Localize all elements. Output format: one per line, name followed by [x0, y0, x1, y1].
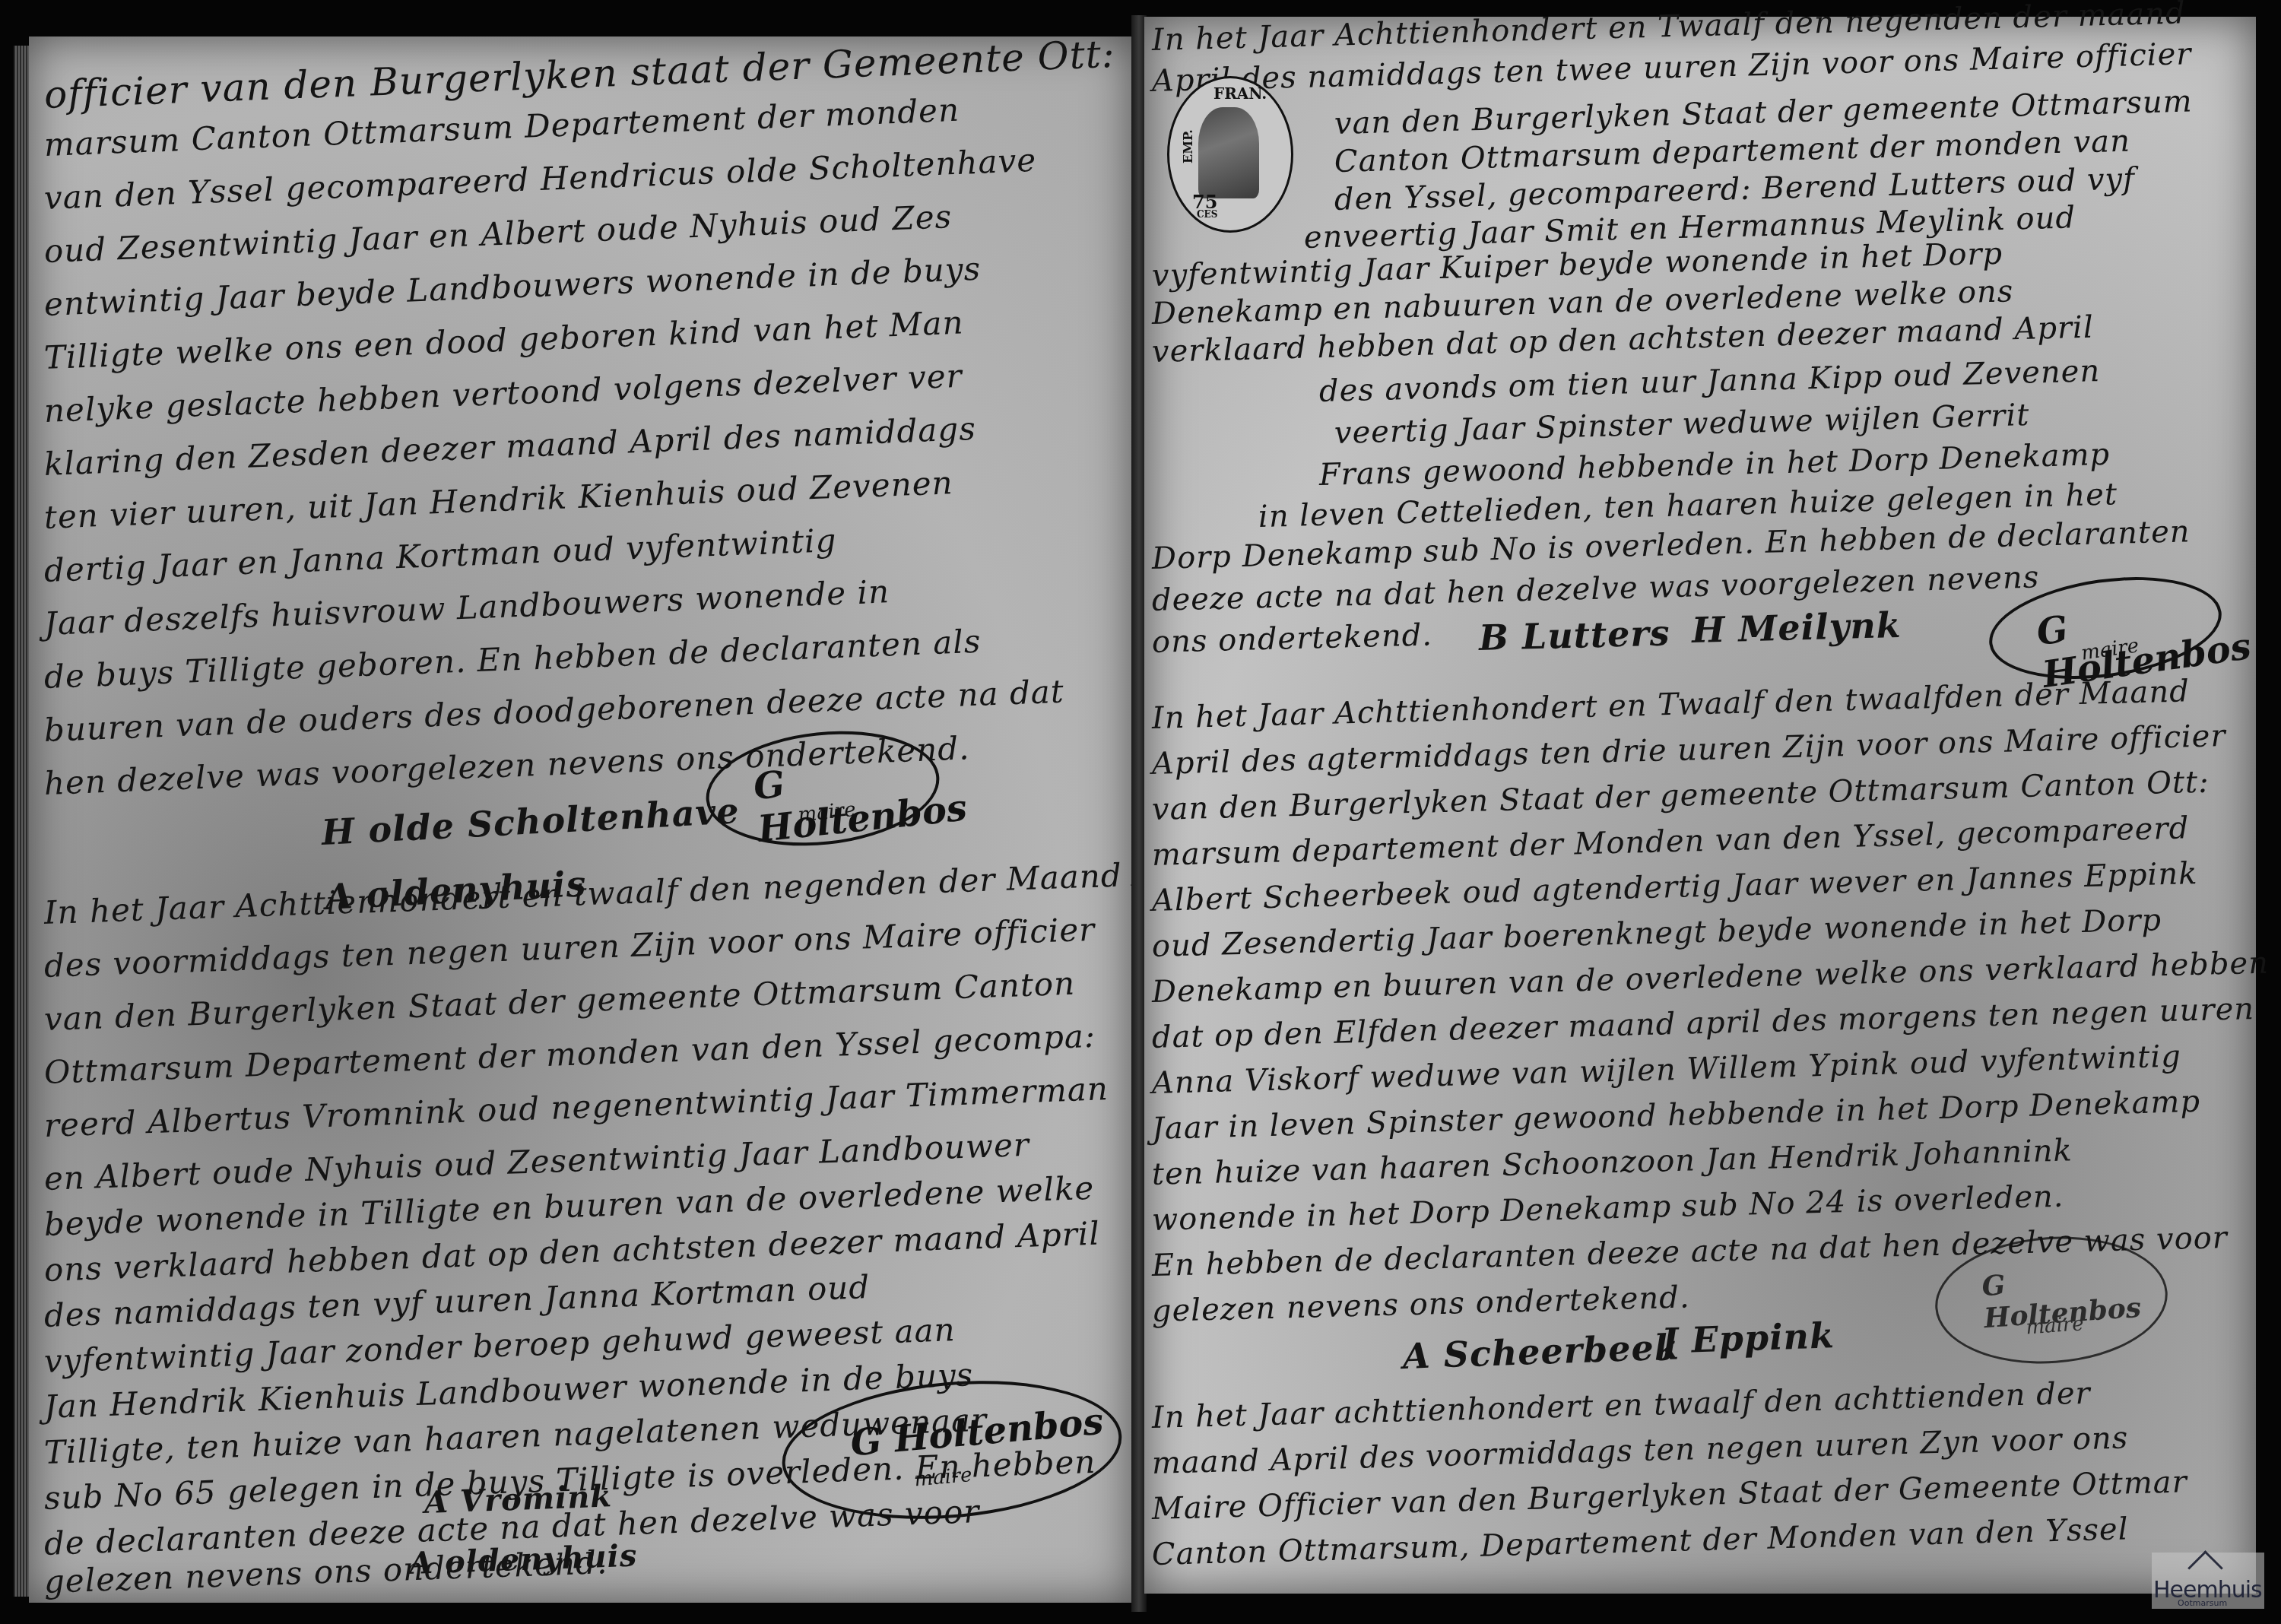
- watermark-location: Ootmarsum: [2178, 1598, 2227, 1608]
- seal-title: maire: [913, 1464, 973, 1492]
- right-page: In het Jaar Achttienhondert en Twaalf de…: [1144, 17, 2256, 1594]
- seal-title: maire: [2025, 1312, 2084, 1339]
- signature-witness-1: H olde Scholtenhave: [321, 790, 741, 853]
- signature-witness-2: J Eppink: [1661, 1315, 1835, 1362]
- stamp-side-text: EMP.: [1181, 129, 1195, 163]
- stamp-top-text: FRAN.: [1213, 84, 1267, 103]
- signature-witness-2: H Meilynk: [1691, 604, 1902, 651]
- french-empire-tax-stamp: FRAN. EMP. 75 CES: [1167, 76, 1293, 233]
- signature-witness-1: A Scheerbeek: [1402, 1326, 1680, 1377]
- heemhuis-watermark: Heemhuis Ootmarsum: [2152, 1553, 2264, 1609]
- seal-name: G Holtenbos: [751, 744, 969, 851]
- book-page-edges: [14, 46, 29, 1597]
- left-page: officier van den Burgerlyken staat der G…: [29, 36, 1133, 1603]
- handwritten-line: ons ondertekend.: [1151, 617, 1432, 660]
- seated-figure-icon: [1198, 107, 1259, 198]
- signature-witness-1: B Lutters: [1478, 612, 1670, 658]
- stamp-unit: CES: [1197, 209, 1217, 220]
- handwritten-line: gelezen nevens ons ondertekend.: [1151, 1280, 1690, 1329]
- signature-witness-1: A Vromink: [424, 1478, 613, 1521]
- seal-name: G Holtenbos: [849, 1400, 1105, 1465]
